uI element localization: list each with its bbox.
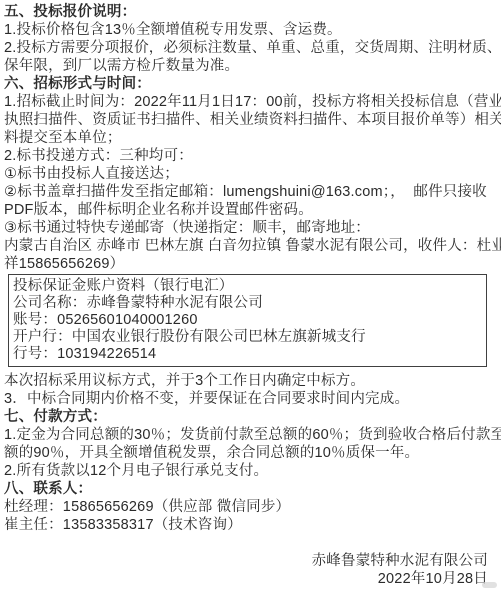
quote-item-2-line-2: 保年限，到厂以需方检斤数量为准。: [4, 57, 493, 75]
negotiation-line-2: 3．中标合同期内价格不变，并要保证在合同要求时间内完成。: [4, 390, 493, 408]
deposit-company-name: 公司名称：赤峰鲁蒙特种水泥有限公司: [13, 295, 482, 312]
delivery-method-3-line-1: ③标书通过特快专递邮寄（快递指定：顺丰，邮寄地址：: [4, 219, 493, 237]
quote-item-1: 1.投标价格包含13％全额增值税专用发票、含运费。: [4, 21, 493, 39]
delivery-method-2-line-2: PDF版本，邮件标明企业名称并设置邮件密码。: [4, 201, 493, 219]
quote-item-2-line-1: 2.投标方需要分项报价，必须标注数量、单重、总重，交货周期、注明材质、质: [4, 39, 493, 57]
delivery-method-3-line-3: 祥15865656269）: [4, 255, 493, 273]
signature-company: 赤峰鲁蒙特种水泥有限公司: [4, 552, 493, 570]
deposit-account-box: 投标保证金账户资料（银行电汇） 公司名称：赤峰鲁蒙特种水泥有限公司 账号：052…: [8, 274, 487, 367]
tender-deadline-line-2: 执照扫描件、资质证书扫描件、相关业绩资料扫描件、本项目报价单等）相关资: [4, 111, 493, 129]
section6-heading: 六、招标形式与时间：: [4, 75, 493, 93]
contact-director-cui: 崔主任：13583358317（技术咨询）: [4, 516, 493, 534]
delivery-method-3-line-2: 内蒙古自治区 赤峰市 巴林左旗 白音勿拉镇 鲁蒙水泥有限公司，收件人：杜业: [4, 237, 493, 255]
contact-manager-du: 杜经理：15865656269（供应部 微信同步）: [4, 498, 493, 516]
tender-deadline-line-1: 1.招标截止时间为：2022年11月1日17：00前，投标方将相关投标信息（营业: [4, 93, 493, 111]
tender-deadline-line-3: 料提交至本单位；: [4, 129, 493, 147]
tender-delivery-methods: 2.标书投递方式：三种均可：: [4, 147, 493, 165]
payment-item-1-line-2: 额的90％，开具全额增值税发票，余合同总额的10％质保一年。: [4, 444, 493, 462]
deposit-bank-code: 行号：103194226514: [13, 346, 482, 363]
deposit-bank-name: 开户行：中国农业银行股份有限公司巴林左旗新城支行: [13, 329, 482, 346]
section5-heading: 五、投标报价说明：: [4, 3, 493, 21]
spacer: [4, 534, 493, 552]
section7-heading: 七、付款方式：: [4, 408, 493, 426]
signature-date: 2022年10月28日: [4, 570, 493, 588]
corner-artifact: [482, 582, 497, 588]
deposit-box-title: 投标保证金账户资料（银行电汇）: [13, 278, 482, 295]
payment-item-2: 2.所有货款以12个月电子银行承兑支付。: [4, 462, 493, 480]
section8-heading: 八、联系人：: [4, 480, 493, 498]
tender-document: 五、投标报价说明： 1.投标价格包含13％全额增值税专用发票、含运费。 2.投标…: [0, 0, 501, 588]
deposit-account-number: 账号：05265601040001260: [13, 312, 482, 329]
delivery-method-1: ①标书由投标人直接送达；: [4, 165, 493, 183]
negotiation-line-1: 本次招标采用议标方式，并于3个工作日内确定中标方。: [4, 372, 493, 390]
delivery-method-2-line-1: ②标书盖章扫描件发至指定邮箱：lumengshuini@163.com；， 邮件…: [4, 183, 493, 201]
payment-item-1-line-1: 1.定金为合同总额的30％；发货前付款至总额的60％；货到验收合格后付款至总: [4, 426, 493, 444]
